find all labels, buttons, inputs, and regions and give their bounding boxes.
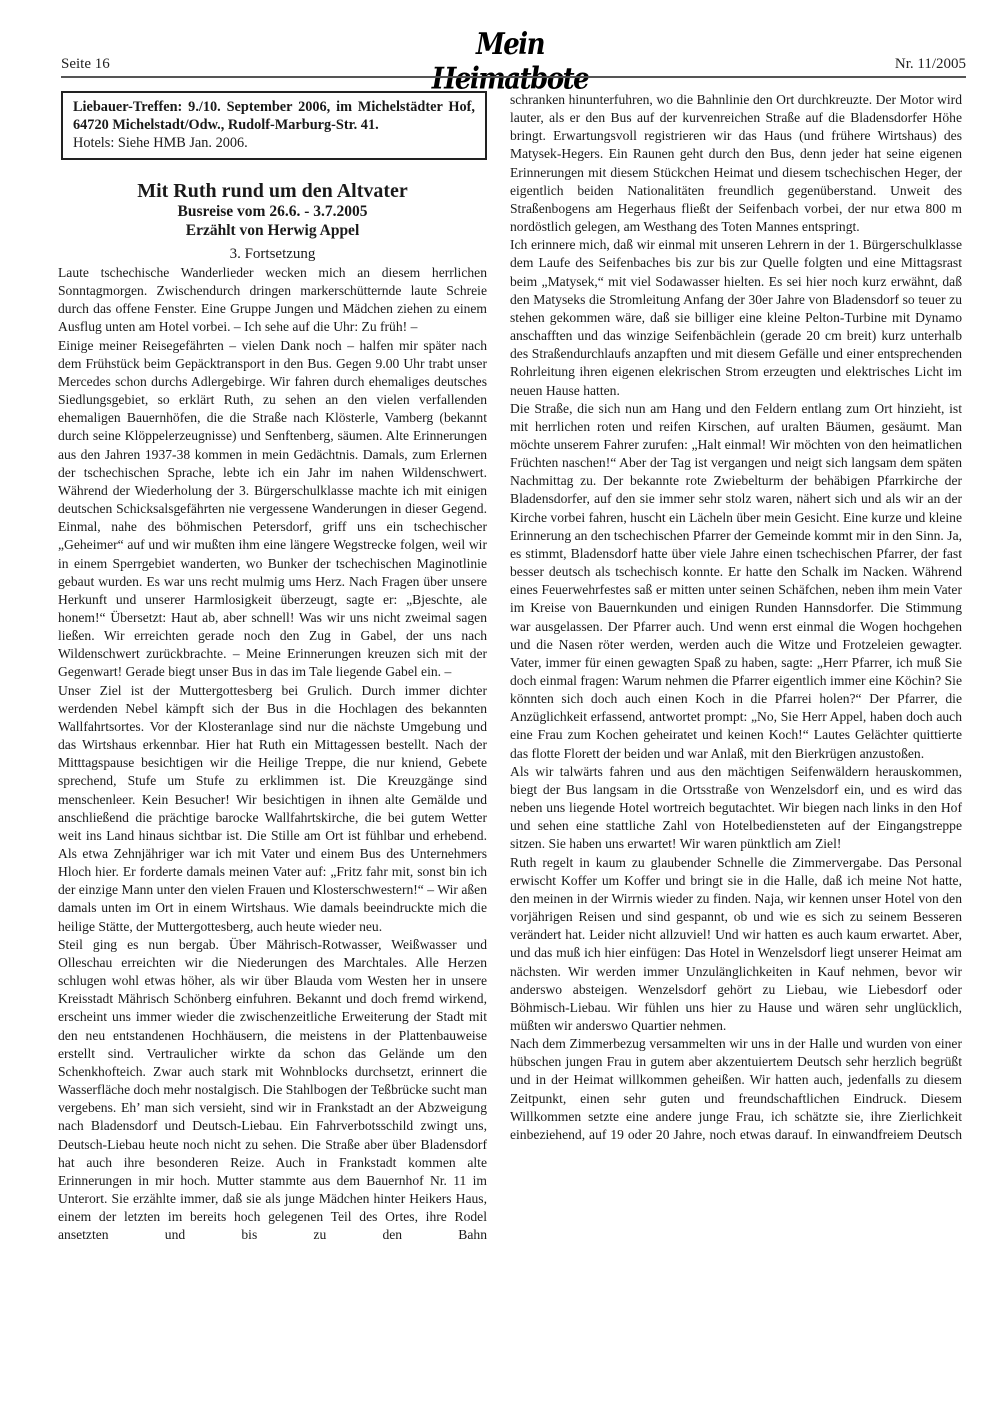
paragraph: Unser Ziel ist der Muttergottesberg bei … — [58, 682, 487, 936]
paragraph: Als wir talwärts fahren und aus den mäch… — [510, 763, 962, 854]
paragraph: schranken hinunterfuhren, wo die Bahnlin… — [510, 91, 962, 236]
paragraph: Ich erinnere mich, daß wir einmal mit un… — [510, 236, 962, 399]
paragraph: Nach dem Zimmerbezug versammelten wir un… — [510, 1035, 962, 1144]
paragraph: Einige meiner Reisegefährten – vielen Da… — [58, 337, 487, 682]
header-divider — [61, 76, 966, 78]
article-installment: 3. Fortsetzung — [58, 244, 487, 264]
article-title: Mit Ruth rund um den Altvater — [58, 180, 487, 202]
article-subtitle: Busreise vom 26.6. - 3.7.2005 — [58, 202, 487, 221]
article-author: Erzählt von Herwig Appel — [58, 221, 487, 240]
issue-number: Nr. 11/2005 — [895, 56, 966, 73]
meeting-notice-hotels: Hotels: Siehe HMB Jan. 2006. — [73, 134, 475, 152]
meeting-notice-box: Liebauer-Treffen: 9./10. September 2006,… — [61, 91, 487, 160]
newspaper-page: Seite 16 Mein Heimatbote Nr. 11/2005 Lie… — [0, 0, 1000, 1412]
paragraph: Die Straße, die sich nun am Hang und den… — [510, 400, 962, 763]
page-number: Seite 16 — [61, 56, 110, 73]
paragraph: Ruth regelt in kaum zu glaubender Schnel… — [510, 854, 962, 1036]
left-column: Liebauer-Treffen: 9./10. September 2006,… — [58, 91, 487, 1244]
paragraph: Laute tschechische Wanderlieder wecken m… — [58, 264, 487, 337]
paragraph: Steil ging es nun bergab. Über Mährisch-… — [58, 936, 487, 1245]
meeting-notice-bold: Liebauer-Treffen: 9./10. September 2006,… — [73, 98, 475, 134]
masthead-logo: Mein Heimatbote — [410, 28, 610, 97]
right-column: schranken hinunterfuhren, wo die Bahnlin… — [510, 91, 962, 1144]
